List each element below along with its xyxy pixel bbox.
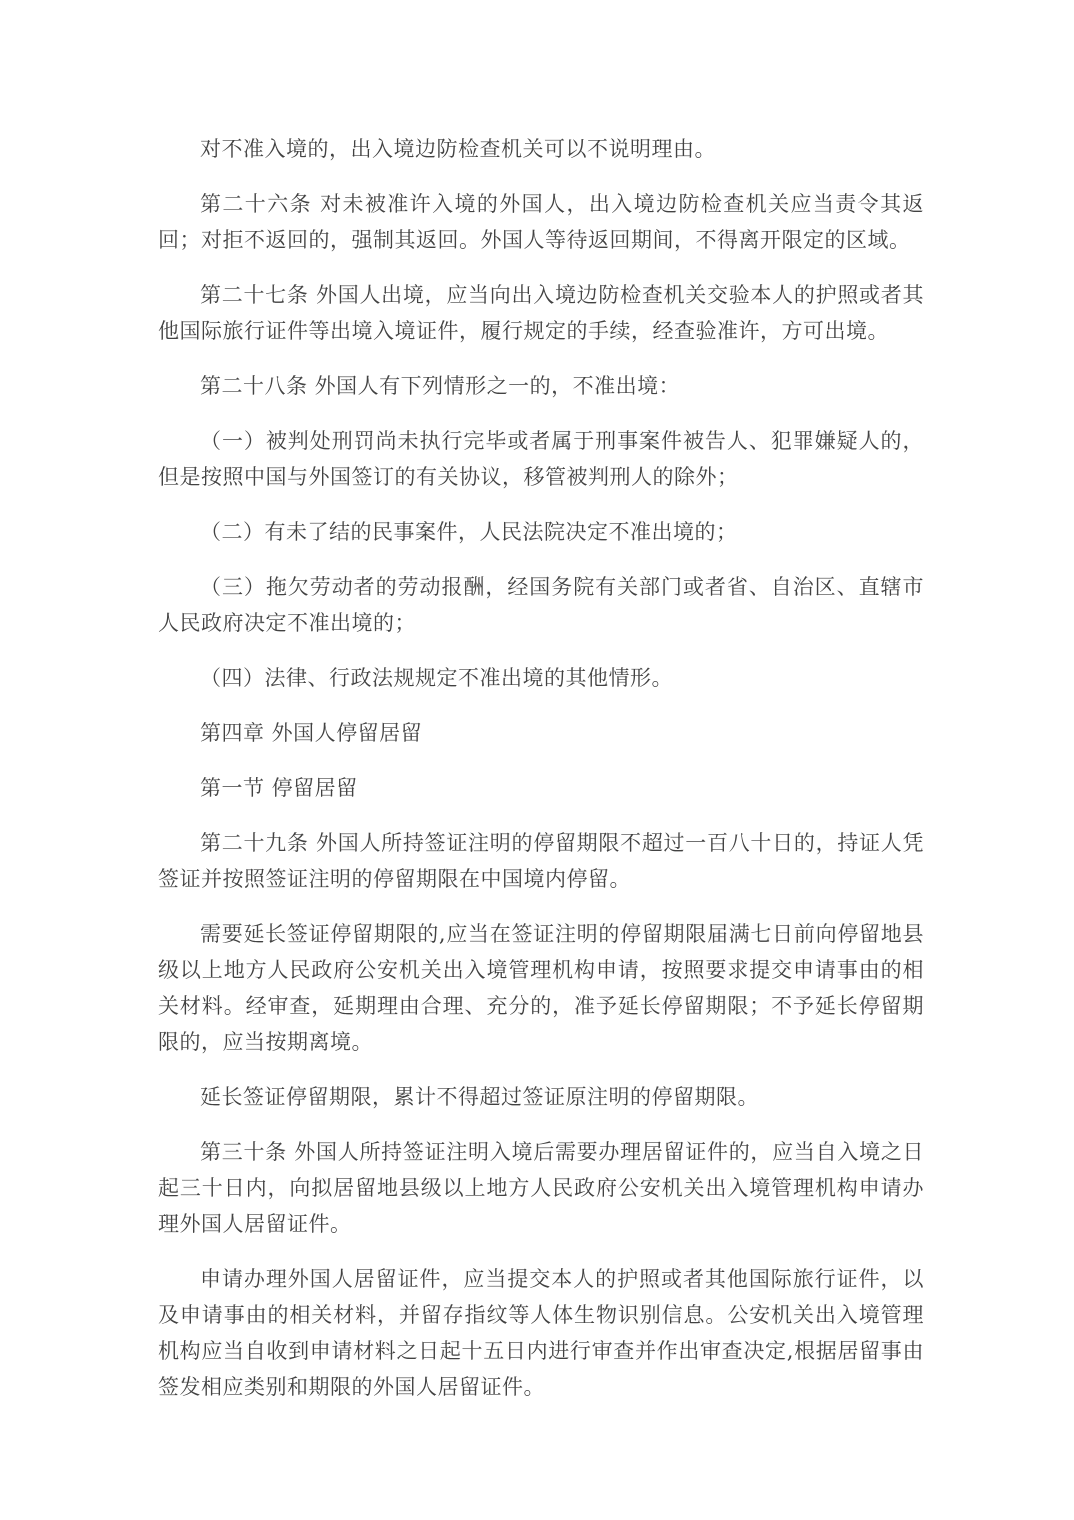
paragraph-article-28-item-1: （一）被判处刑罚尚未执行完毕或者属于刑事案件被告人、犯罪嫌疑人的，但是按照中国与… [158,423,924,495]
chapter-4-heading: 第四章 外国人停留居留 [158,715,924,751]
paragraph-article-29-clause-2: 需要延长签证停留期限的,应当在签证注明的停留期限届满七日前向停留地县级以上地方人… [158,916,924,1060]
paragraph-article-28-item-2: （二）有未了结的民事案件，人民法院决定不准出境的； [158,514,924,550]
paragraph-article-28-lead: 第二十八条 外国人有下列情形之一的，不准出境： [158,368,924,404]
paragraph-article-28-item-4: （四）法律、行政法规规定不准出境的其他情形。 [158,660,924,696]
document-page: 对不准入境的，出入境边防检查机关可以不说明理由。 第二十六条 对未被准许入境的外… [0,0,1074,1520]
paragraph-article-30-clause-1: 第三十条 外国人所持签证注明入境后需要办理居留证件的，应当自入境之日起三十日内，… [158,1134,924,1242]
paragraph-no-explain-clause: 对不准入境的，出入境边防检查机关可以不说明理由。 [158,131,924,167]
paragraph-article-29-clause-1: 第二十九条 外国人所持签证注明的停留期限不超过一百八十日的，持证人凭签证并按照签… [158,825,924,897]
paragraph-article-28-item-3: （三）拖欠劳动者的劳动报酬，经国务院有关部门或者省、自治区、直辖市人民政府决定不… [158,569,924,641]
paragraph-article-30-clause-2: 申请办理外国人居留证件，应当提交本人的护照或者其他国际旅行证件，以及申请事由的相… [158,1261,924,1405]
paragraph-article-29-clause-3: 延长签证停留期限，累计不得超过签证原注明的停留期限。 [158,1079,924,1115]
paragraph-article-27: 第二十七条 外国人出境，应当向出入境边防检查机关交验本人的护照或者其他国际旅行证… [158,277,924,349]
paragraph-article-26: 第二十六条 对未被准许入境的外国人，出入境边防检查机关应当责令其返回；对拒不返回… [158,186,924,258]
section-1-heading: 第一节 停留居留 [158,770,924,806]
